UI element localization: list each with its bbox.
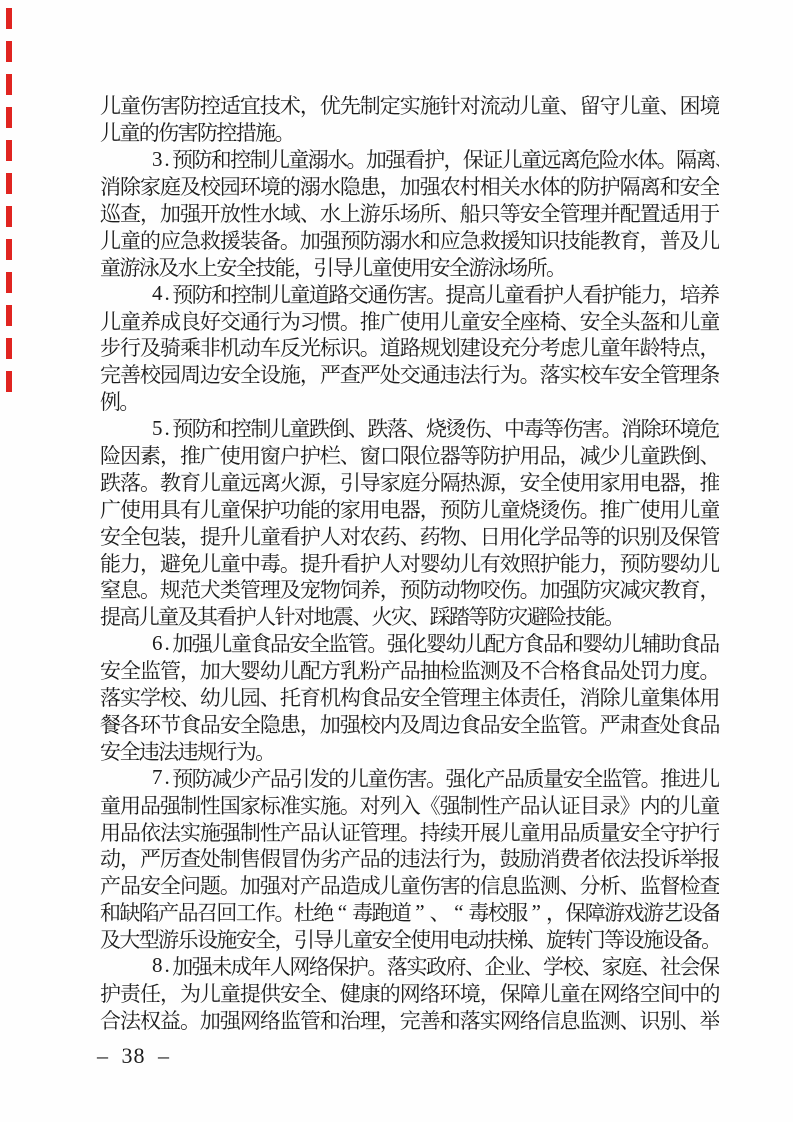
text-line: 窒息。规范犬类管理及宠物饲养，预防动物咬伤。加强防灾减灾教育， — [100, 576, 719, 603]
text-line: 8.加强未成年人网络保护。落实政府、企业、学校、家庭、社会保 — [100, 953, 719, 980]
text-line: 能力，避免儿童中毒。提升看护人对婴幼儿有效照护能力，预防婴幼儿 — [100, 549, 719, 576]
red-margin-mark — [6, 173, 12, 194]
text-line: 5.预防和控制儿童跌倒、跌落、烧烫伤、中毒等伤害。消除环境危 — [100, 415, 719, 442]
text-line: 儿童伤害防控适宜技术，优先制定实施针对流动儿童、留守儿童、困境 — [100, 92, 719, 119]
text-line: 及大型游乐设施安全，引导儿童安全使用电动扶梯、旋转门等设施设备。 — [100, 926, 719, 953]
text-line: 童游泳及水上安全技能，引导儿童使用安全游泳场所。 — [100, 253, 719, 280]
text-line: 3.预防和控制儿童溺水。加强看护，保证儿童远离危险水体。隔离、 — [100, 146, 719, 173]
red-margin-mark — [6, 140, 12, 161]
text-line: 安全包装，提升儿童看护人对农药、药物、日用化学品等的识别及保管 — [100, 522, 719, 549]
text-line: 完善校园周边安全设施，严查严处交通违法行为。落实校车安全管理条 — [100, 361, 719, 388]
text-line: 广使用具有儿童保护功能的家用电器，预防儿童烧烫伤。推广使用儿童 — [100, 495, 719, 522]
text-line: 餐各环节食品安全隐患，加强校内及周边食品安全监管。严肃查处食品 — [100, 710, 719, 737]
red-margin-mark — [6, 305, 12, 326]
text-line: 用品依法实施强制性产品认证管理。持续开展儿童用品质量安全守护行 — [100, 818, 719, 845]
document-text-block: 儿童伤害防控适宜技术，优先制定实施针对流动儿童、留守儿童、困境儿童的伤害防控措施… — [100, 92, 719, 1033]
text-line: 儿童养成良好交通行为习惯。推广使用儿童安全座椅、安全头盔和儿童 — [100, 307, 719, 334]
text-line: 4.预防和控制儿童道路交通伤害。提高儿童看护人看护能力，培养 — [100, 280, 719, 307]
text-line: 动，严厉查处制售假冒伪劣产品的违法行为，鼓励消费者依法投诉举报 — [100, 845, 719, 872]
red-margin-mark — [6, 239, 12, 260]
red-margin-mark — [6, 371, 12, 392]
red-margin-mark — [6, 74, 12, 95]
text-line: 儿童的伤害防控措施。 — [100, 119, 719, 146]
text-line: 护责任，为儿童提供安全、健康的网络环境，保障儿童在网络空间中的 — [100, 979, 719, 1006]
text-line: 步行及骑乘非机动车反光标识。道路规划建设充分考虑儿童年龄特点， — [100, 334, 719, 361]
text-line: 巡查，加强开放性水域、水上游乐场所、船只等安全管理并配置适用于 — [100, 200, 719, 227]
red-margin-mark — [6, 41, 12, 62]
document-page: 儿童伤害防控适宜技术，优先制定实施针对流动儿童、留守儿童、困境儿童的伤害防控措施… — [0, 0, 793, 1122]
red-margin-mark — [6, 107, 12, 128]
page-number: – 38 – — [97, 1043, 170, 1069]
text-line: 险因素，推广使用窗户护栏、窗口限位器等防护用品，减少儿童跌倒、 — [100, 442, 719, 469]
red-margin-mark — [6, 272, 12, 293]
text-line: 产品安全问题。加强对产品造成儿童伤害的信息监测、分析、监督检查 — [100, 872, 719, 899]
text-line: 合法权益。加强网络监管和治理，完善和落实网络信息监测、识别、举 — [100, 1006, 719, 1033]
text-line: 儿童的应急救援装备。加强预防溺水和应急救援知识技能教育，普及儿 — [100, 226, 719, 253]
text-line: 提高儿童及其看护人针对地震、火灾、踩踏等防灾避险技能。 — [100, 603, 719, 630]
text-line: 跌落。教育儿童远离火源，引导家庭分隔热源，安全使用家用电器，推 — [100, 468, 719, 495]
text-line: 7.预防减少产品引发的儿童伤害。强化产品质量安全监管。推进儿 — [100, 764, 719, 791]
text-line: 安全监管，加大婴幼儿配方乳粉产品抽检监测及不合格食品处罚力度。 — [100, 657, 719, 684]
left-margin-red-marks — [6, 8, 12, 404]
text-line: 消除家庭及校园环境的溺水隐患，加强农村相关水体的防护隔离和安全 — [100, 173, 719, 200]
red-margin-mark — [6, 8, 12, 29]
text-line: 6.加强儿童食品安全监管。强化婴幼儿配方食品和婴幼儿辅助食品 — [100, 630, 719, 657]
text-line: 童用品强制性国家标准实施。对列入《强制性产品认证目录》内的儿童 — [100, 791, 719, 818]
text-line: 例。 — [100, 388, 719, 415]
text-line: 落实学校、幼儿园、托育机构食品安全管理主体责任，消除儿童集体用 — [100, 684, 719, 711]
text-line: 和缺陷产品召回工作。杜绝“毒跑道”、“毒校服”，保障游戏游艺设备 — [100, 899, 719, 926]
red-margin-mark — [6, 206, 12, 227]
text-line: 安全违法违规行为。 — [100, 737, 719, 764]
red-margin-mark — [6, 338, 12, 359]
